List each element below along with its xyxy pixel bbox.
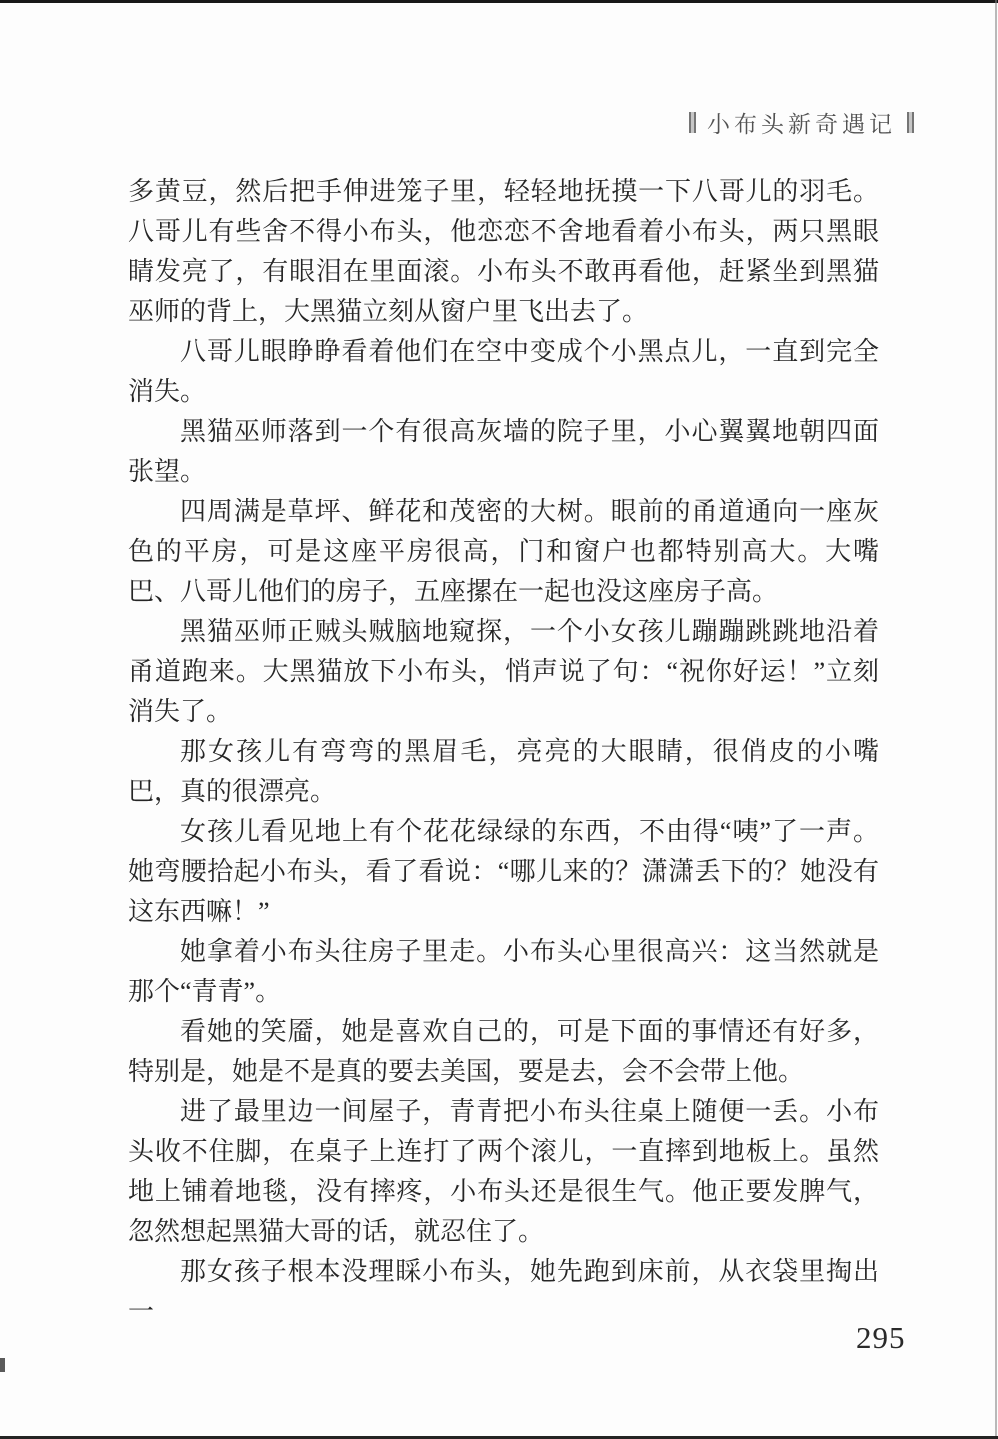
- page-body: 多黄豆，然后把手伸进笼子里，轻轻地抚摸一下八哥儿的羽毛。八哥儿有些舍不得小布头，…: [128, 172, 879, 1332]
- paragraph: 那女孩儿有弯弯的黑眉毛，亮亮的大眼睛，很俏皮的小嘴巴，真的很漂亮。: [128, 732, 879, 812]
- scan-edge-top: [0, 0, 998, 3]
- paragraph-continuation: 多黄豆，然后把手伸进笼子里，轻轻地抚摸一下八哥儿的羽毛。八哥儿有些舍不得小布头，…: [128, 172, 879, 332]
- paragraph: 黑猫巫师正贼头贼脑地窥探，一个小女孩儿蹦蹦跳跳地沿着甬道跑来。大黑猫放下小布头，…: [128, 612, 879, 732]
- paragraph: 那女孩子根本没理睬小布头，她先跑到床前，从衣袋里掏出一: [128, 1252, 879, 1332]
- paragraph: 看她的笑靥，她是喜欢自己的，可是下面的事情还有好多，特别是，她是不是真的要去美国…: [128, 1012, 879, 1092]
- header-bar-right-icon: [907, 112, 914, 133]
- paragraph: 女孩儿看见地上有个花花绿绿的东西，不由得“咦”了一声。她弯腰拾起小布头，看了看说…: [128, 812, 879, 932]
- paragraph: 她拿着小布头往房子里走。小布头心里很高兴：这当然就是那个“青青”。: [128, 932, 879, 1012]
- scan-edge-left-mark: [0, 1358, 5, 1372]
- paragraph: 进了最里边一间屋子，青青把小布头往桌上随便一丢。小布头收不住脚，在桌子上连打了两…: [128, 1092, 879, 1252]
- page-number: 295: [856, 1320, 906, 1356]
- book-title: 小布头新奇遇记: [707, 106, 896, 139]
- header-bar-left-icon: [689, 112, 696, 133]
- book-page: 小布头新奇遇记 多黄豆，然后把手伸进笼子里，轻轻地抚摸一下八哥儿的羽毛。八哥儿有…: [0, 0, 998, 1439]
- running-header: 小布头新奇遇记: [689, 106, 914, 139]
- paragraph: 黑猫巫师落到一个有很高灰墙的院子里，小心翼翼地朝四面张望。: [128, 412, 879, 492]
- paragraph: 八哥儿眼睁睁看着他们在空中变成个小黑点儿，一直到完全消失。: [128, 332, 879, 412]
- paragraph: 四周满是草坪、鲜花和茂密的大树。眼前的甬道通向一座灰色的平房，可是这座平房很高，…: [128, 492, 879, 612]
- scan-edge-right: [995, 0, 997, 1439]
